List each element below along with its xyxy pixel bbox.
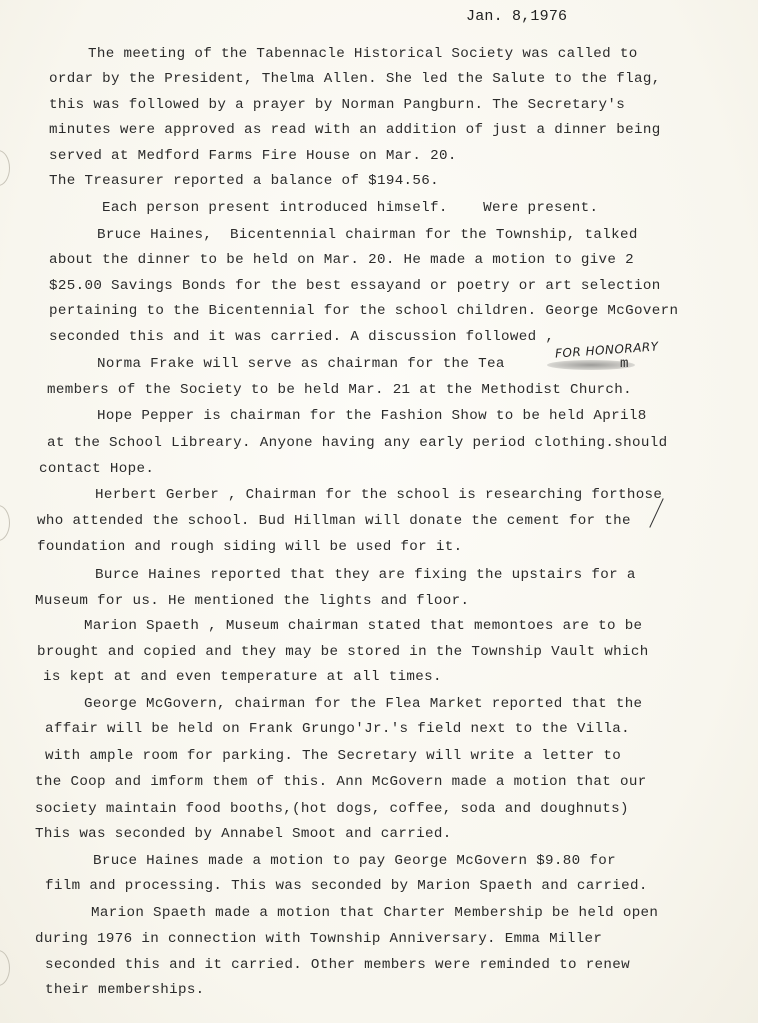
text-line: during 1976 in connection with Township … xyxy=(35,930,602,948)
text-line: at the School Libreary. Anyone having an… xyxy=(47,434,667,452)
text-line: members of the Society to be held Mar. 2… xyxy=(47,381,632,399)
text-line: brought and copied and they may be store… xyxy=(37,643,649,661)
text-line: affair will be held on Frank Grungo'Jr.'… xyxy=(45,720,630,738)
erased-text-smudge xyxy=(547,360,635,370)
text-line: This was seconded by Annabel Smoot and c… xyxy=(35,825,452,843)
text-line: Marion Spaeth made a motion that Charter… xyxy=(91,904,658,922)
text-line: film and processing. This was seconded b… xyxy=(45,877,648,895)
typed-minutes-page: Jan. 8,1976 The meeting of the Tabennacl… xyxy=(0,0,758,1023)
document-date: Jan. 8,1976 xyxy=(466,8,567,25)
text-line: pertaining to the Bicentennial for the s… xyxy=(49,302,678,320)
text-line: with ample room for parking. The Secreta… xyxy=(45,747,621,765)
text-line: Burce Haines reported that they are fixi… xyxy=(95,566,636,584)
text-line: who attended the school. Bud Hillman wil… xyxy=(37,512,631,530)
text-line: Bruce Haines, Bicentennial chairman for … xyxy=(97,226,638,244)
text-line: Museum for us. He mentioned the lights a… xyxy=(35,592,469,610)
text-line: minutes were approved as read with an ad… xyxy=(49,121,661,139)
text-line: Marion Spaeth , Museum chairman stated t… xyxy=(84,617,642,635)
text-line: $25.00 Savings Bonds for the best essaya… xyxy=(49,277,661,295)
text-line: Each person present introduced himself. … xyxy=(102,199,598,217)
text-line: foundation and rough siding will be used… xyxy=(37,538,462,556)
text-line: Herbert Gerber , Chairman for the school… xyxy=(95,486,662,504)
text-line: Bruce Haines made a motion to pay George… xyxy=(93,852,616,870)
text-line: Hope Pepper is chairman for the Fashion … xyxy=(97,407,647,425)
text-line: about the dinner to be held on Mar. 20. … xyxy=(49,251,634,269)
text-line: The Treasurer reported a balance of $194… xyxy=(49,172,439,190)
text-line: their memberships. xyxy=(45,981,205,999)
binder-hole-mark xyxy=(0,950,10,986)
text-line: contact Hope. xyxy=(39,460,154,478)
text-line: served at Medford Farms Fire House on Ma… xyxy=(49,147,457,165)
text-line: this was followed by a prayer by Norman … xyxy=(49,96,625,114)
text-line: seconded this and it carried. Other memb… xyxy=(45,956,630,974)
text-line: society maintain food booths,(hot dogs, … xyxy=(35,800,629,818)
text-line: is kept at and even temperature at all t… xyxy=(43,668,442,686)
binder-hole-mark xyxy=(0,505,10,541)
text-line: seconded this and it was carried. A disc… xyxy=(49,328,554,346)
binder-hole-mark xyxy=(0,150,10,186)
text-line: The meeting of the Tabennacle Historical… xyxy=(88,45,638,63)
text-line: George McGovern, chairman for the Flea M… xyxy=(84,695,642,713)
text-line: the Coop and imform them of this. Ann Mc… xyxy=(35,773,647,791)
text-line: ordar by the President, Thelma Allen. Sh… xyxy=(49,70,661,88)
